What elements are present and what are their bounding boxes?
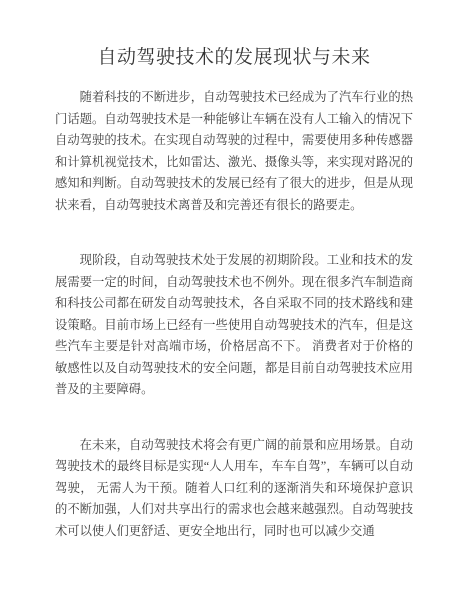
paragraph-future: 在未来，自动驾驶技术将会有更广阔的前景和应用场景。自动驾驶技术的最终目标是实现“… [55,435,413,543]
paragraph-current-stage: 现阶段，自动驾驶技术处于发展的初期阶段。工业和技术的发展需要一定的时间，自动驾驶… [55,250,413,401]
document-page: 自动驾驶技术的发展现状与未来 随着科技的不断进步，自动驾驶技术已经成为了汽车行业… [0,0,463,600]
paragraph-intro: 随着科技的不断进步，自动驾驶技术已经成为了汽车行业的热门话题。自动驾驶技术是一种… [55,87,413,216]
document-title: 自动驾驶技术的发展现状与未来 [55,44,413,72]
